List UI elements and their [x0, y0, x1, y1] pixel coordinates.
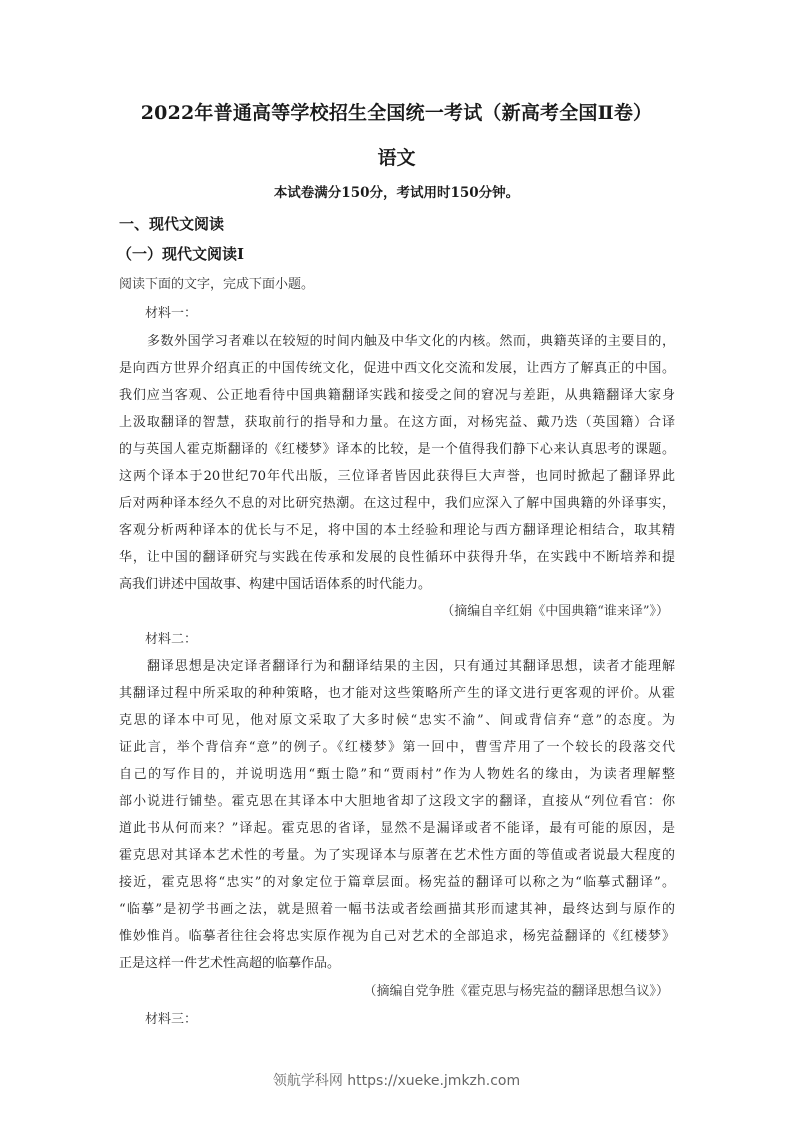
exam-title: 2022年普通高等学校招生全国统一考试（新高考全国Ⅱ卷）	[0, 98, 793, 125]
instruction: 阅读下面的文字，完成下面小题。	[119, 273, 314, 292]
section-heading: 一、现代文阅读	[119, 213, 224, 234]
text-line: 我们应当客观、公正地看待中国典籍翻译实践和接受之间的窘况与差距，从典籍翻译大家身	[119, 384, 675, 403]
text-line: 多数外国学习者难以在较短的时间内触及中华文化的内核。然而，典籍英译的主要目的，	[147, 330, 675, 349]
material-label: 材料一：	[145, 302, 197, 321]
material-label: 材料三：	[145, 1008, 197, 1027]
text-line: 后对两种译本经久不息的对比研究热潮。在这过程中，我们应深入了解中国典籍的外译事实…	[119, 492, 675, 511]
text-line: 是向西方世界介绍真正的中国传统文化，促进中西文化交流和发展，让西方了解真正的中国…	[119, 357, 675, 376]
text-line: 道此书从何而来？”译起。霍克思的省译，显然不是漏译或者不能译，最有可能的原因，是	[119, 817, 675, 836]
exam-note: 本试卷满分150分，考试用时150分钟。	[0, 181, 793, 201]
footer-watermark: 领航学科网 https://xueke.jmkzh.com	[0, 1070, 793, 1090]
text-line: 霍克思对其译本艺术性的考量。为了实现译本与原著在艺术性方面的等值或者说最大程度的	[119, 844, 675, 863]
text-line: 的与英国人霍克斯翻译的《红楼梦》译本的比较，是一个值得我们静下心来认真思考的课题…	[119, 438, 675, 457]
text-line: 客观分析两种译本的优长与不足，将中国的本土经验和理论与西方翻译理论相结合，取其精	[119, 519, 675, 538]
section-subheading: （一）现代文阅读Ⅰ	[117, 243, 244, 264]
text-line: 这两个译本于20世纪70年代出版，三位译者皆因此获得巨大声誉，也同时掀起了翻译界…	[119, 465, 675, 484]
text-line: 克思的译本中可见，他对原文采取了大多时候“忠实不渝”、间或背信弃“意”的态度。为	[119, 709, 675, 728]
material-label: 材料二：	[145, 628, 197, 647]
subject-title: 语文	[0, 143, 793, 170]
text-line: 高我们讲述中国故事、构建中国话语体系的时代能力。	[119, 573, 675, 592]
text-line: 惟妙惟肖。临摹者往往会将忠实原作视为自己对艺术的全部追求，杨宪益翻译的《红楼梦》	[119, 925, 675, 944]
text-line: 接近，霍克思将“忠实”的对象定位于篇章层面。杨宪益的翻译可以称之为“临摹式翻译”…	[119, 871, 675, 890]
text-line: 自己的写作目的，并说明选用“甄士隐”和“贾雨村”作为人物姓名的缘由，为读者理解整	[119, 763, 675, 782]
text-line: 其翻译过程中所采取的种种策略，也才能对这些策略所产生的译文进行更客观的评价。从霍	[119, 682, 675, 701]
text-line: “临摹”是初学书画之法，就是照着一幅书法或者绘画描其形而逮其神，最终达到与原作的	[119, 898, 675, 917]
text-line: 上汲取翻译的智慧，获取前行的指导和力量。在这方面，对杨宪益、戴乃迭（英国籍）合译	[119, 411, 675, 430]
source-citation: （摘编自辛红娟《中国典籍“谁来译”》）	[441, 600, 669, 619]
exam-page: 2022年普通高等学校招生全国统一考试（新高考全国Ⅱ卷） 语文 本试卷满分150…	[0, 0, 793, 1122]
text-line: 证此言，举个背信弃“意”的例子。《红楼梦》第一回中，曹雪芹用了一个较长的段落交代	[119, 736, 675, 755]
text-line: 正是这样一件艺术性高超的临摹作品。	[119, 952, 675, 971]
text-line: 翻译思想是决定译者翻译行为和翻译结果的主因，只有通过其翻译思想，读者才能理解	[147, 655, 675, 674]
text-line: 华，让中国的翻译研究与实践在传承和发展的良性循环中获得升华，在实践中不断培养和提	[119, 546, 675, 565]
text-line: 部小说进行铺垫。霍克思在其译本中大胆地省却了这段文字的翻译，直接从“列位看官：你	[119, 790, 675, 809]
source-citation: （摘编自党争胜《霍克思与杨宪益的翻译思想刍议》）	[363, 980, 669, 999]
